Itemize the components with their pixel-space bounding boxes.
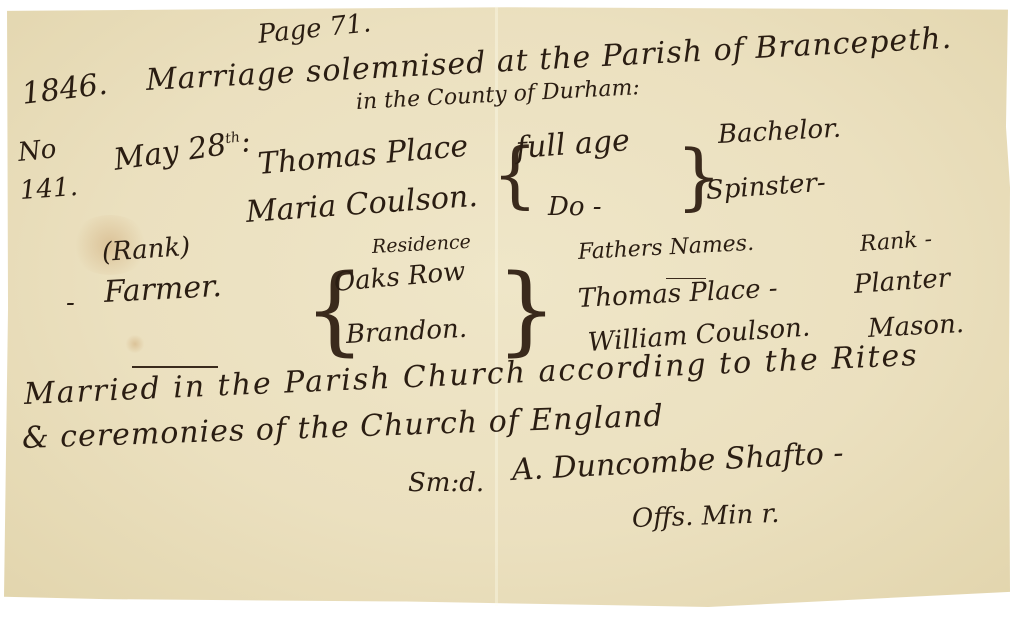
bride-condition: Spinster- — [705, 170, 826, 204]
signature-title: Offs. Min r. — [632, 501, 780, 532]
residence-line-2: Brandon. — [345, 316, 467, 348]
entry-number: 141. — [19, 174, 79, 204]
separator-rule — [132, 366, 218, 368]
dash-prefix: - — [66, 290, 75, 316]
entry-no-label: No — [17, 136, 58, 166]
groom-rank: Farmer. — [103, 272, 222, 308]
groom-condition: Bachelor. — [717, 116, 841, 148]
rank-label: (Rank) — [101, 234, 191, 266]
signature-prefix: Sm:d. — [408, 470, 484, 496]
bride-age: Do - — [548, 194, 602, 220]
residence-brace-right: } — [496, 262, 557, 358]
fathers-rank-label: Rank - — [859, 229, 932, 256]
father-1-rank: Planter — [853, 265, 951, 298]
ink-stain — [125, 335, 145, 353]
groom-age: full age — [515, 126, 631, 164]
residence-label: Residence — [372, 233, 472, 257]
